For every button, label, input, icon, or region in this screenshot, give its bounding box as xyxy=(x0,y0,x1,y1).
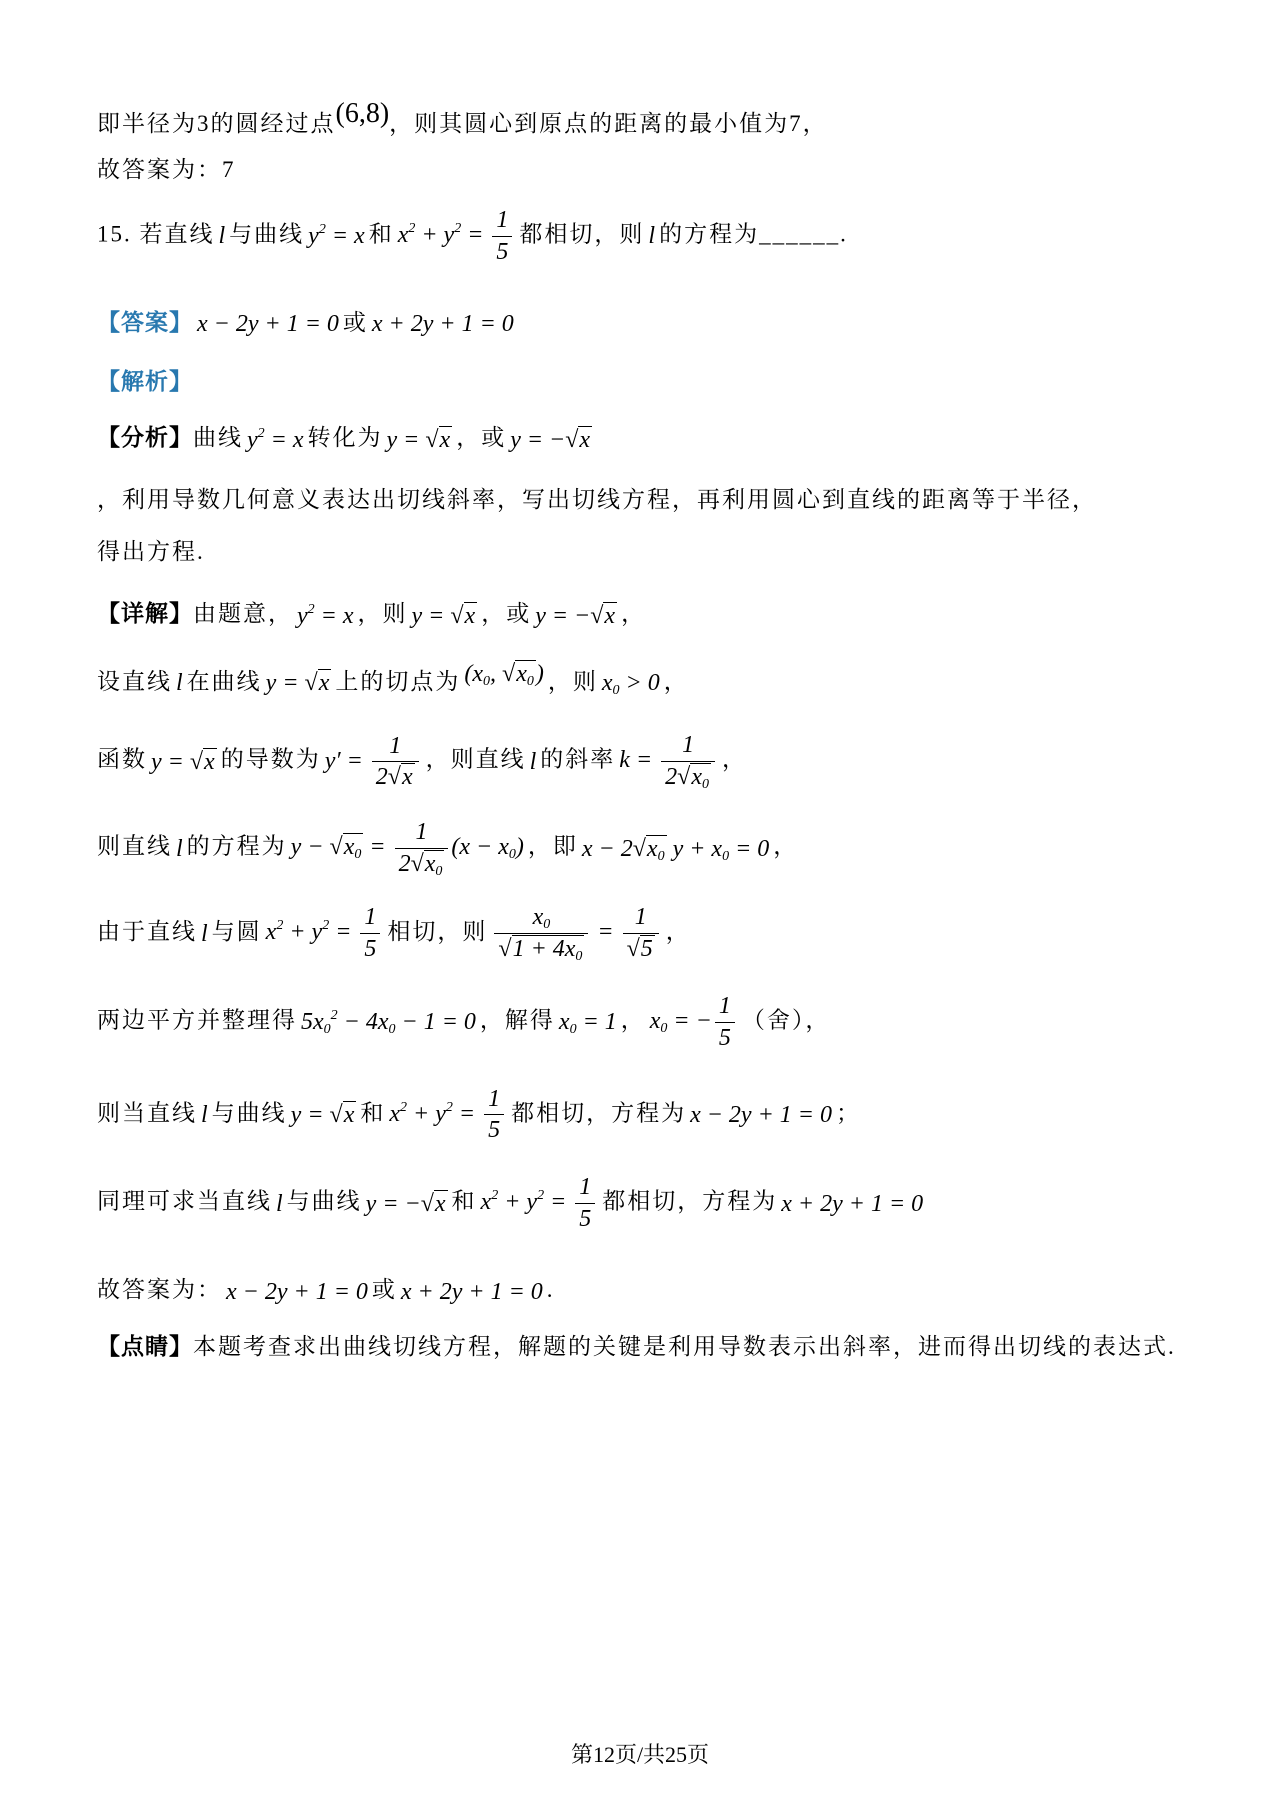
math-formula: y = √x xyxy=(408,598,482,634)
text-segment: ，则直线 xyxy=(426,747,526,772)
text-segment: 与曲线 xyxy=(287,1189,362,1214)
text-segment: ， xyxy=(773,834,798,859)
math-formula: y = −√x xyxy=(362,1186,452,1222)
math-formula: l xyxy=(197,1097,212,1133)
math-formula: x0 = −15 xyxy=(646,992,742,1053)
text-segment: 转化为 xyxy=(308,425,383,450)
text-segment: ，则其圆心到原点的距离的最小值为7， xyxy=(389,111,828,136)
text-segment: 即半径为3的圆经过点 xyxy=(97,111,336,136)
text-segment: ， xyxy=(621,601,646,626)
text-segment: . xyxy=(547,1277,555,1302)
math-formula: l xyxy=(272,1186,287,1222)
math-formula: x − 2y + 1 = 0 xyxy=(222,1274,372,1310)
document-body: 即半径为3的圆经过点(6,8)，则其圆心到原点的距离的最小值为7， 故答案为：7… xyxy=(97,96,1183,1372)
fenxi-line: 【分析】曲线y2 = x转化为y = √x，或y = −√x xyxy=(97,420,1183,458)
math-formula: y = −√x xyxy=(506,422,596,458)
text-segment: 与圆 xyxy=(212,919,262,944)
math-formula: l xyxy=(197,916,212,952)
math-formula: x2 + y2 = 15 xyxy=(477,1173,603,1234)
text-segment: 都相切，方程为 xyxy=(511,1100,686,1125)
math-formula: y′ = 12√x xyxy=(321,732,426,793)
text-segment: 上的切点为 xyxy=(335,669,460,694)
text-segment: 和 xyxy=(452,1189,477,1214)
math-formula: y2 = x xyxy=(293,598,358,634)
math-formula: l xyxy=(215,218,230,254)
math-formula: x + 2y + 1 = 0 xyxy=(777,1186,927,1222)
text-segment: 和 xyxy=(360,1100,385,1125)
text-segment: 曲线 xyxy=(193,425,243,450)
text-segment: 由于直线 xyxy=(97,919,197,944)
text-segment: 本题考查求出曲线切线方程，解题的关键是利用导数表示出斜率，进而得出切线的表达式. xyxy=(193,1334,1176,1359)
math-formula: y = √x xyxy=(287,1097,361,1133)
math-formula: l xyxy=(644,218,659,254)
text-segment: 的导数为 xyxy=(221,747,321,772)
math-formula: y = √x xyxy=(383,422,457,458)
text-segment: 故答案为：7 xyxy=(97,157,236,182)
math-formula: x0 = 1 xyxy=(555,1004,621,1040)
text-segment: ，利用导数几何意义表达出切线斜率，写出切线方程，再利用圆心到直线的距离等于半径， xyxy=(97,487,1097,512)
fenxi-label: 【分析】 xyxy=(97,425,193,450)
text-segment: ，即 xyxy=(528,834,578,859)
math-formula: (x0, √x0) xyxy=(460,656,547,692)
analysis-label: 【解析】 xyxy=(97,369,193,394)
math-formula: x0 > 0 xyxy=(598,665,664,701)
text-segment: ，则 xyxy=(358,601,408,626)
text-segment: 相切，则 xyxy=(387,919,487,944)
page-number: 第12页/共25页 xyxy=(571,1742,709,1767)
text-segment: 的斜率 xyxy=(540,747,615,772)
text-segment: 都相切，则 xyxy=(519,222,644,247)
text-segment: ，或 xyxy=(481,601,531,626)
solve-line: 两边平方并整理得5x02 − 4x0 − 1 = 0，解得x0 = 1，x0 =… xyxy=(97,992,1183,1053)
point-coordinates: (6,8) xyxy=(336,98,390,129)
math-formula: x2 + y2 = 15 xyxy=(394,206,520,267)
text-segment: 都相切，方程 xyxy=(602,1189,752,1214)
answer-line: 【答案】x − 2y + 1 = 0或x + 2y + 1 = 0 xyxy=(97,305,1183,343)
math-formula: y2 = x xyxy=(243,422,308,458)
text-segment: 的方程为 xyxy=(187,834,287,859)
line-circle-conclusion: 即半径为3的圆经过点(6,8)，则其圆心到原点的距离的最小值为7， xyxy=(97,96,1183,142)
case2-line: 同理可求当直线l与曲线y = −√x和x2 + y2 = 15都相切，方程为x … xyxy=(97,1173,1183,1234)
math-formula: y = −√x xyxy=(531,598,621,634)
math-formula: l xyxy=(172,665,187,701)
method-line-2: 得出方程. xyxy=(97,534,1183,570)
text-segment: ，则 xyxy=(548,669,598,694)
case1-line: 则当直线l与曲线y = √x和x2 + y2 = 15都相切，方程为x − 2y… xyxy=(97,1085,1183,1146)
text-segment: ，解得 xyxy=(480,1008,555,1033)
final-answer-line: 故答案为：x − 2y + 1 = 0或x + 2y + 1 = 0. xyxy=(97,1272,1183,1310)
answer-label: 【答案】 xyxy=(97,310,193,335)
method-line: ，利用导数几何意义表达出切线斜率，写出切线方程，再利用圆心到直线的距离等于半径， xyxy=(97,482,1183,518)
text-segment: 与曲线 xyxy=(212,1100,287,1125)
line-equation-line: 则直线l的方程为y − √x0 = 12√x0(x − x0)，即x − 2√x… xyxy=(97,818,1183,879)
text-segment: 设直线 xyxy=(97,669,172,694)
math-formula: x − 2y + 1 = 0 xyxy=(686,1097,836,1133)
math-formula: 5x02 − 4x0 − 1 = 0 xyxy=(297,1004,480,1040)
math-formula: x2 + y2 = 15 xyxy=(262,903,388,964)
dianjing-line: 【点睛】本题考查求出曲线切线方程，解题的关键是利用导数表示出斜率，进而得出切线的… xyxy=(97,1322,1183,1372)
page-footer: 第12页/共25页 xyxy=(0,1738,1280,1769)
text-segment: 则直线 xyxy=(97,834,172,859)
text-segment: 在曲线 xyxy=(187,669,262,694)
text-segment: （舍）， xyxy=(742,1008,831,1033)
math-formula: x + 2y + 1 = 0 xyxy=(397,1274,547,1310)
text-segment: 得出方程. xyxy=(97,539,205,564)
math-formula: y2 = x xyxy=(304,218,369,254)
math-formula: l xyxy=(172,831,187,867)
text-segment: ， xyxy=(621,1008,646,1033)
text-segment: 和 xyxy=(369,222,394,247)
math-formula: y = √x xyxy=(147,744,221,780)
text-segment: ， xyxy=(664,669,689,694)
text-segment: 与曲线 xyxy=(229,222,304,247)
math-formula: x0√1 + 4x0 = 1√5 xyxy=(487,903,665,964)
math-formula: k = 12√x0 xyxy=(615,731,722,792)
math-formula: x − 2y + 1 = 0 xyxy=(193,306,343,342)
tangent-point-line: 设直线l在曲线y = √x上的切点为(x0, √x0)，则x0 > 0， xyxy=(97,656,1183,702)
detail-line: 【详解】由题意，y2 = x，则y = √x，或y = −√x， xyxy=(97,596,1183,634)
text-segment: ； xyxy=(836,1100,861,1125)
text-segment: 由题意， xyxy=(193,601,293,626)
line-answer-7: 故答案为：7 xyxy=(97,152,1183,188)
math-formula: x2 + y2 = 15 xyxy=(385,1085,511,1146)
text-segment: ， xyxy=(666,919,691,944)
text-segment: 或 xyxy=(372,1277,397,1302)
dianjing-label: 【点睛】 xyxy=(97,1334,193,1359)
text-segment: 为 xyxy=(752,1189,777,1214)
math-formula: x − 2√x0 y + x0 = 0 xyxy=(578,831,773,867)
text-segment: 同理可求当直线 xyxy=(97,1189,272,1214)
math-formula: x + 2y + 1 = 0 xyxy=(368,306,518,342)
text-segment: ， xyxy=(722,747,747,772)
math-formula: y − √x0 = 12√x0(x − x0) xyxy=(287,818,528,879)
text-segment: 或 xyxy=(343,310,368,335)
question-15: 15. 若直线l与曲线y2 = x和x2 + y2 = 15都相切，则l的方程为… xyxy=(97,206,1183,267)
text-segment: ，或 xyxy=(456,425,506,450)
blank-underline: 的方程为______. xyxy=(659,222,848,247)
analysis-label-line: 【解析】 xyxy=(97,364,1183,400)
text-segment: 则当直线 xyxy=(97,1100,197,1125)
math-formula: y = √x xyxy=(262,665,336,701)
derivative-line: 函数y = √x的导数为y′ = 12√x，则直线l的斜率k = 12√x0， xyxy=(97,731,1183,792)
text-segment: 故答案为： xyxy=(97,1277,222,1302)
tangency-condition-line: 由于直线l与圆x2 + y2 = 15相切，则x0√1 + 4x0 = 1√5， xyxy=(97,903,1183,964)
xiangjie-label: 【详解】 xyxy=(97,601,193,626)
text-segment: 函数 xyxy=(97,747,147,772)
question-number: 15. 若直线 xyxy=(97,222,215,247)
text-segment: 两边平方并整理得 xyxy=(97,1008,297,1033)
math-formula: l xyxy=(526,744,541,780)
